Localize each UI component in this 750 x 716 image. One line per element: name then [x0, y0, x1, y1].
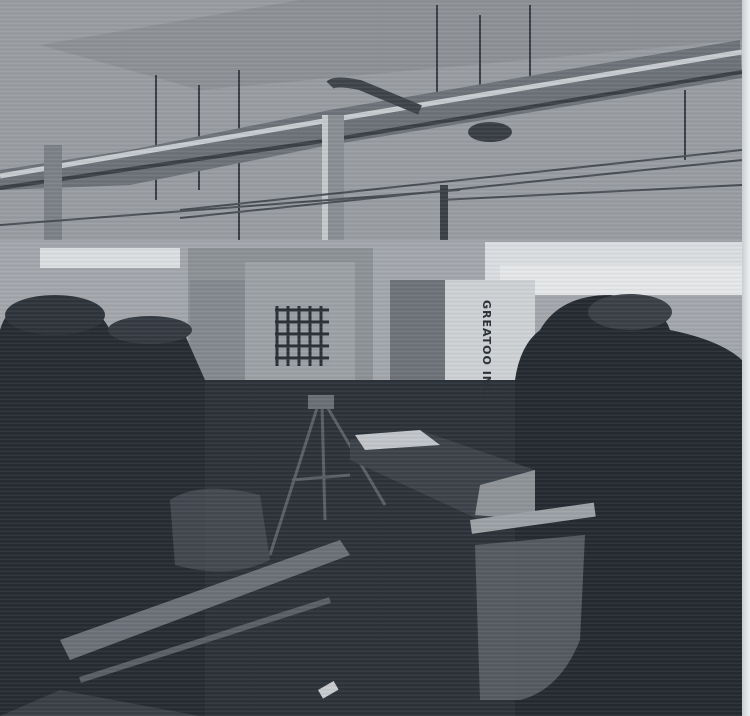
paper-edge	[742, 0, 750, 716]
machine-brand-label: GREATOO INC.	[480, 300, 493, 400]
factory-photo: GREATOO INC.	[0, 0, 742, 716]
factory-scene	[0, 0, 742, 716]
